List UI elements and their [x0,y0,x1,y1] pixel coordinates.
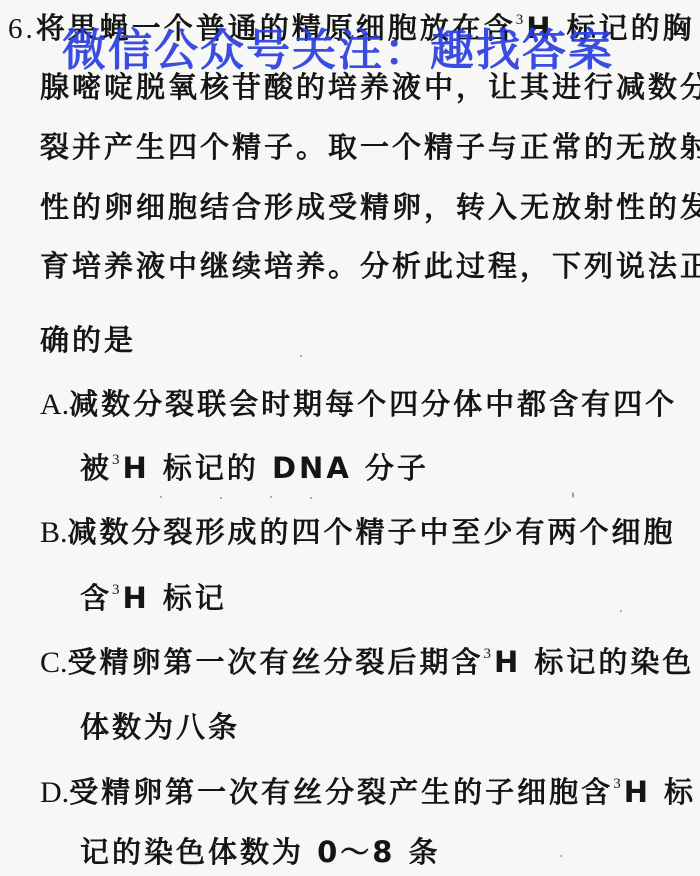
scan-speck [300,355,302,357]
watermark-text: 微信公众号关注：趣找答案 [62,14,614,78]
option-a-letter: A. [40,388,69,421]
option-d-letter: D. [40,776,69,809]
question-stem-line-3: 裂并产生四个精子。取一个精子与正常的无放射 [40,129,700,165]
option-b: B.减数分裂形成的四个精子中至少有两个细胞 [40,514,676,551]
scan-speck [572,492,574,498]
option-a-line-2: 被3H 标记的 DNA 分子 [80,450,429,486]
question-stem-line-4: 性的卵细胞结合形成受精卵，转入无放射性的发 [40,189,700,225]
option-c-line-2: 体数为八条 [80,709,240,745]
scan-speck [310,497,312,499]
option-c-letter: C. [40,646,68,679]
scan-speck [270,496,272,498]
option-d-line-2: 记的染色体数为 0～8 条 [80,834,441,870]
question-number: 6. [8,13,36,45]
option-c: C.受精卵第一次有丝分裂后期含3H 标记的染色 [40,644,694,681]
scan-speck [160,496,162,498]
option-b-line-2: 含3H 标记 [80,580,227,616]
option-d: D.受精卵第一次有丝分裂产生的子细胞含3H 标 [40,774,696,811]
exam-page: 6.将果蝇一个普通的精原细胞放在含3H 标记的胸 腺嘧啶脱氧核苷酸的培养液中，让… [0,0,700,876]
option-a: A.减数分裂联会时期每个四分体中都含有四个 [40,386,677,423]
question-stem-line-6: 确的是 [40,322,136,358]
scan-speck [220,497,222,499]
scan-speck [560,855,562,857]
scan-speck [620,610,622,612]
question-stem-line-5: 育培养液中继续培养。分析此过程，下列说法正 [40,248,700,284]
option-b-letter: B. [40,516,68,549]
